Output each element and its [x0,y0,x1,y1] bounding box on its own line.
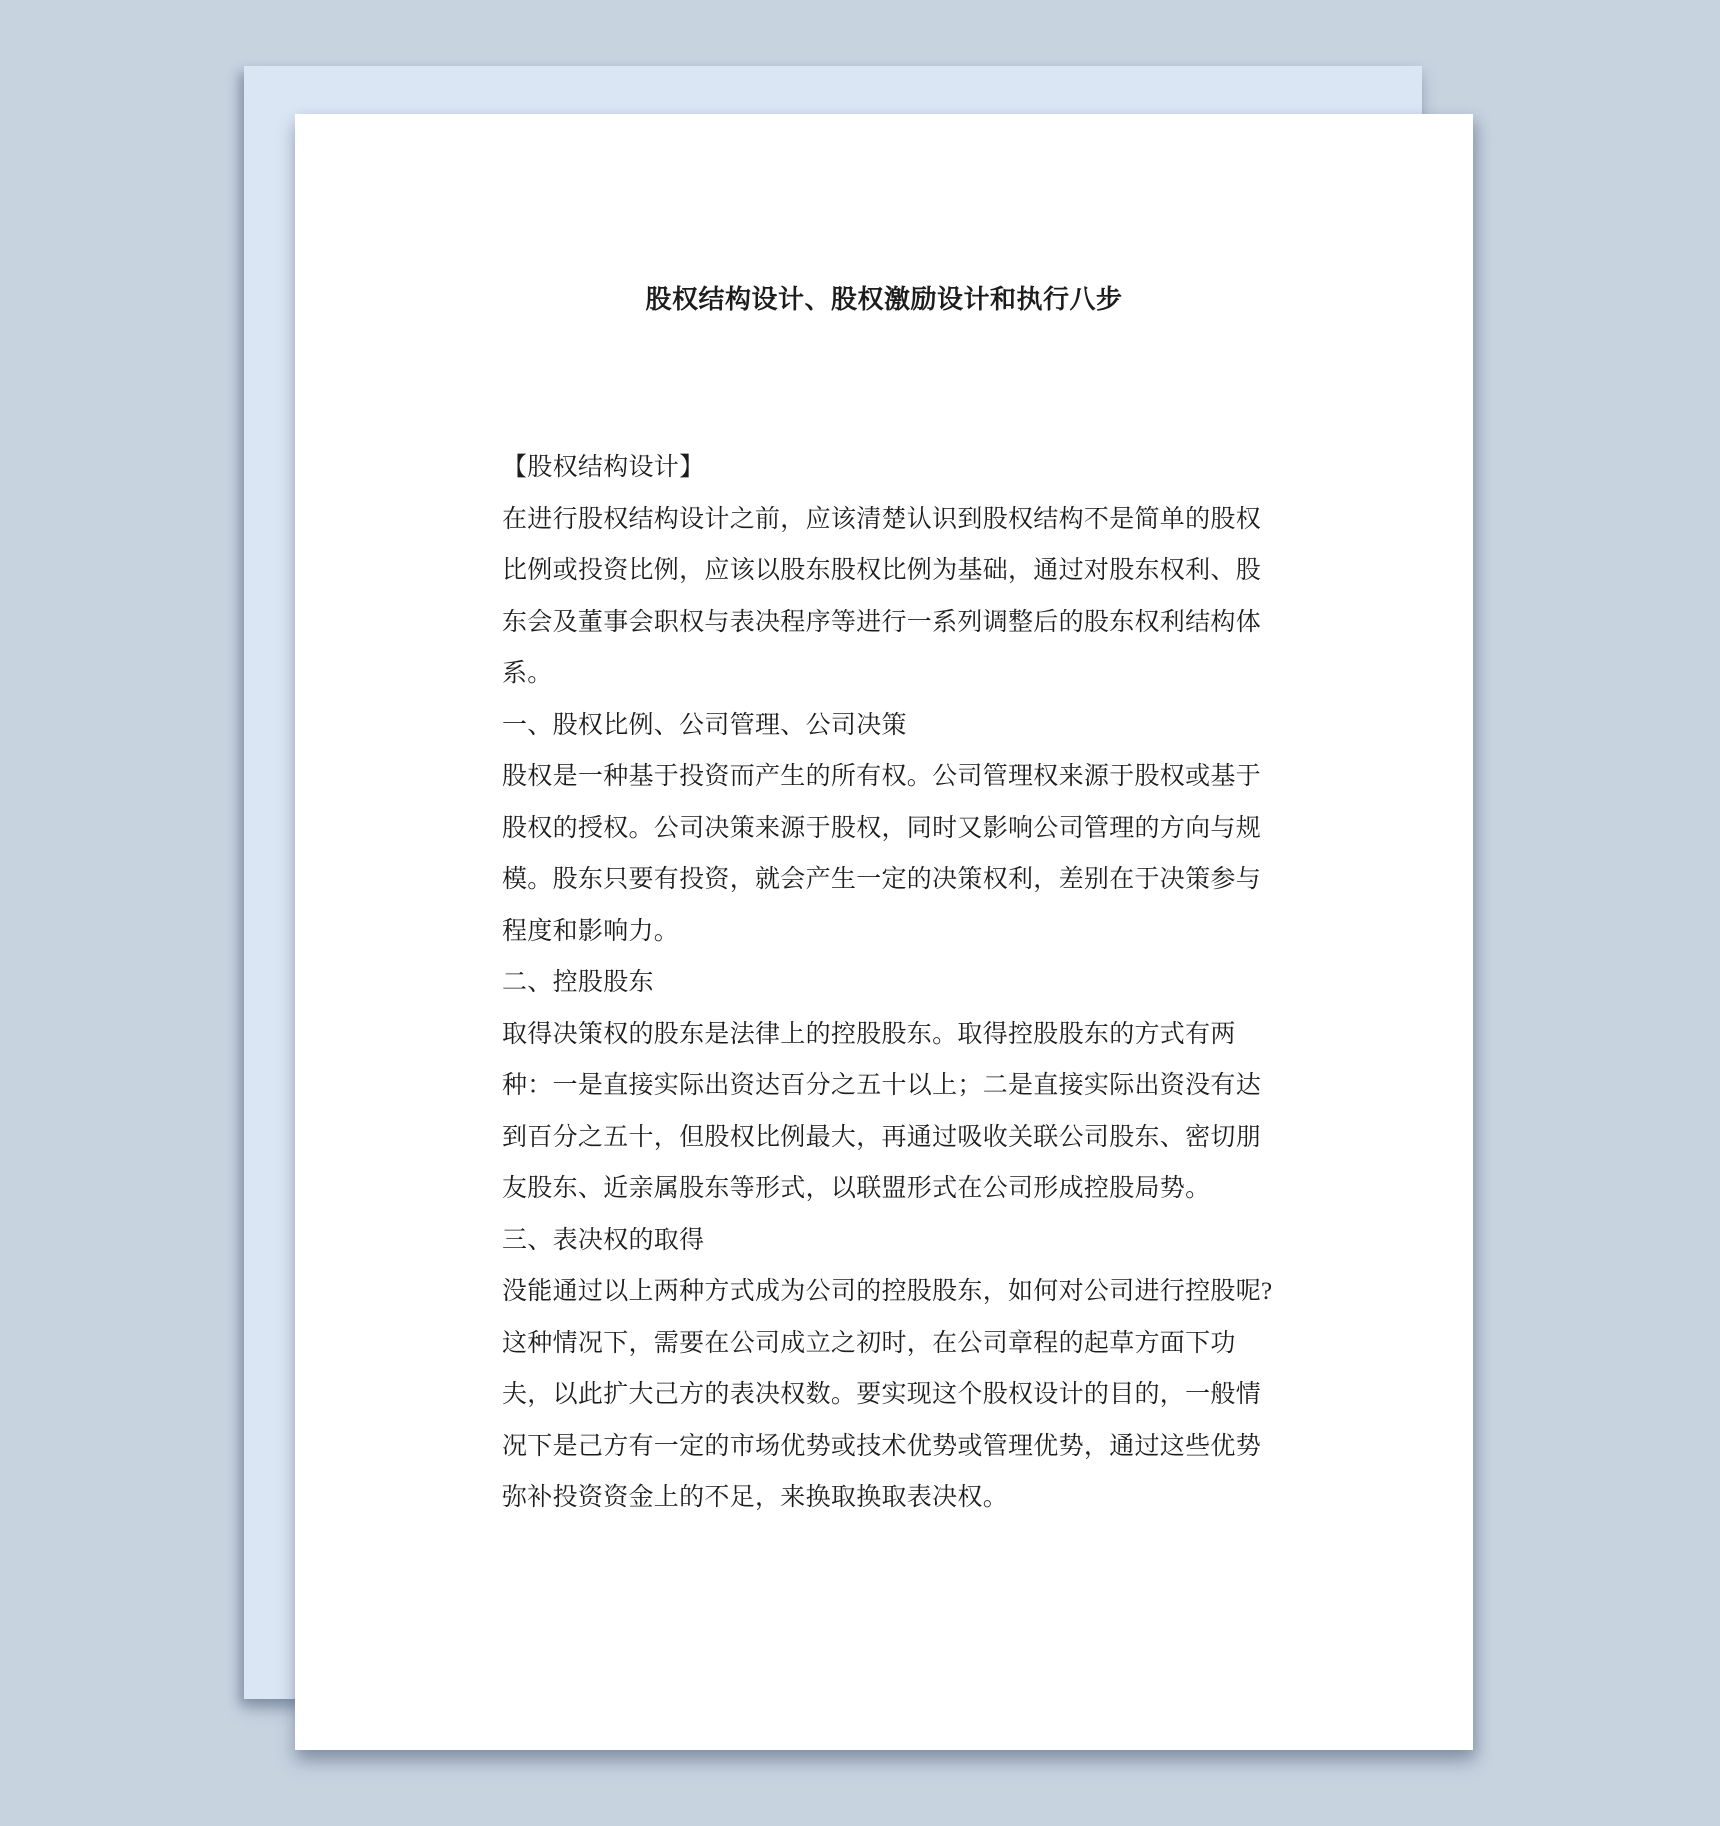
text-line: 取得决策权的股东是法律上的控股股东。取得控股股东的方式有两 [502,1009,1266,1061]
document-title: 股权结构设计、股权激励设计和执行八步 [295,284,1473,316]
text-line: 一、股权比例、公司管理、公司决策 [502,700,1266,752]
text-line: 这种情况下，需要在公司成立之初时，在公司章程的起草方面下功 [502,1318,1266,1370]
text-line: 夫，以此扩大己方的表决权数。要实现这个股权设计的目的，一般情 [502,1369,1266,1421]
text-line: 东会及董事会职权与表决程序等进行一系列调整后的股东权利结构体 [502,597,1266,649]
text-line: 股权是一种基于投资而产生的所有权。公司管理权来源于股权或基于 [502,751,1266,803]
text-line: 股权的授权。公司决策来源于股权，同时又影响公司管理的方向与规 [502,803,1266,855]
text-line: 没能通过以上两种方式成为公司的控股股东，如何对公司进行控股呢? [502,1266,1266,1318]
text-line: 种：一是直接实际出资达百分之五十以上；二是直接实际出资没有达 [502,1060,1266,1112]
text-line: 比例或投资比例，应该以股东股权比例为基础，通过对股东权利、股 [502,545,1266,597]
text-line: 况下是己方有一定的市场优势或技术优势或管理优势，通过这些优势 [502,1421,1266,1473]
text-line: 三、表决权的取得 [502,1215,1266,1267]
text-line: 【股权结构设计】 [502,442,1266,494]
text-line: 模。股东只要有投资，就会产生一定的决策权利，差别在于决策参与 [502,854,1266,906]
text-line: 弥补投资资金上的不足，来换取换取表决权。 [502,1472,1266,1524]
document-page: 股权结构设计、股权激励设计和执行八步 【股权结构设计】在进行股权结构设计之前，应… [295,114,1473,1750]
text-line: 到百分之五十，但股权比例最大，再通过吸收关联公司股东、密切朋 [502,1112,1266,1164]
text-line: 在进行股权结构设计之前，应该清楚认识到股权结构不是简单的股权 [502,494,1266,546]
text-line: 系。 [502,648,1266,700]
text-line: 二、控股股东 [502,957,1266,1009]
text-line: 程度和影响力。 [502,906,1266,958]
document-body: 【股权结构设计】在进行股权结构设计之前，应该清楚认识到股权结构不是简单的股权比例… [502,442,1266,1524]
desktop-background: 股权结构设计、股权激励设计和执行八步 【股权结构设计】在进行股权结构设计之前，应… [0,0,1720,1826]
text-line: 友股东、近亲属股东等形式，以联盟形式在公司形成控股局势。 [502,1163,1266,1215]
